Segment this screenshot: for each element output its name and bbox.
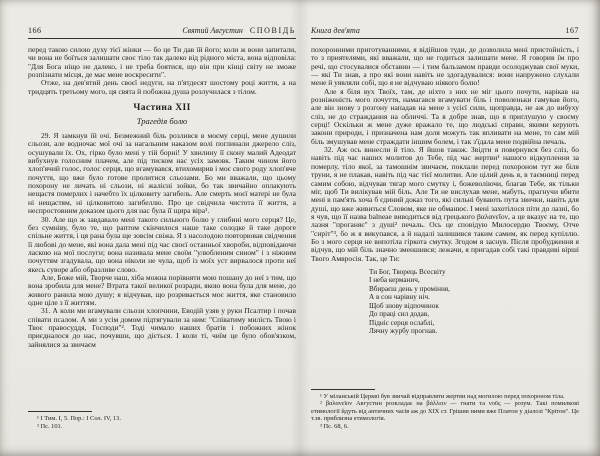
poem-line: Вбираєш день у проміння, [369,285,579,294]
page-number-right: 167 [566,26,580,35]
paragraph-continuation: перед такою силою духу тієї жінки — бо ц… [28,46,296,79]
paragraph: Але, Боже мій, Творче наш, хіба можна по… [28,274,296,307]
footnote: ¹ І Тим. І, 5. Пор.: І Сол. IV, 13. [28,415,296,422]
running-head-left: 166 Святий Августин СПОВІДЬ [28,26,296,35]
paragraph-30: 30. Але що ж завдавало мені такого сильн… [28,216,296,274]
footnotes-left: ¹ І Тим. І, 5. Пор.: І Сол. IV, 13. ² Пс… [28,406,296,430]
poem-line: І неба керманич, [369,276,579,285]
footnote: ² Пс. 101. [28,423,296,430]
chapter-heading: Частина XII [28,103,296,113]
paragraph: Але я біля вух Твоїх, там, де ніхто з ни… [311,88,579,146]
footnote-rule-left [28,411,92,412]
poem-line: А в сон чарівну ніч. [369,293,579,302]
ambrose-hymn-quote: Ти Бог, Творець Всесвіту І неба керманич… [369,268,579,336]
footnotes-right: ¹ У міланській Церкві був звичай відправ… [311,384,579,430]
page-number-left: 166 [28,26,42,35]
body-text-right: похоронними приготуваннями, я відійшов т… [311,46,579,340]
paragraph: Отже, на дев'ятий день своєї недуги, на … [28,79,296,96]
footnote: ² βαλανεῖον Августин розкладає на βάλλει… [311,400,579,422]
paragraph-32: 32. Аж ось винесли й тіло. Я йшов також.… [311,146,579,263]
running-head-author: Святий Августин [182,26,243,35]
footnote-rule-right [311,389,375,390]
paragraph-31: 31. А коли ми вгамували сльози хлопчини,… [28,307,296,349]
body-text-left: перед такою силою духу тієї жінки — бо ц… [28,46,296,349]
book-spread-scan: 166 Святий Августин СПОВІДЬ перед такою … [0,0,600,456]
footnote: ³ Пс. 68, 6. [311,423,579,430]
running-head-book-title: СПОВІДЬ [250,26,296,35]
header-rule-left [28,38,296,39]
poem-line: Щоб знову відпочинок [369,302,579,311]
footnote: ¹ У міланській Церкві був звичай відправ… [311,393,579,400]
page-167: Книга дев'ята 167 похоронними приготуван… [311,0,579,456]
poem-line: Підніс серця ослаблі, [369,319,579,328]
page-166: 166 Святий Августин СПОВІДЬ перед такою … [28,0,296,456]
running-head-chapter: Книга дев'ята [311,26,360,35]
running-head-right: Книга дев'ята 167 [311,26,579,35]
poem-line: Ти Бог, Творець Всесвіту [369,268,579,277]
chapter-subtitle: Трагедія болю [28,116,296,126]
poem-line: Лячну журбу прогнав. [369,327,579,336]
poem-line: До праці сил додав, [369,310,579,319]
paragraph-continuation: похоронними приготуваннями, я відійшов т… [311,46,579,88]
paragraph-29: 29. Я замкнув їй очі. Безмежний біль роз… [28,132,296,215]
header-rule-right [311,38,579,39]
